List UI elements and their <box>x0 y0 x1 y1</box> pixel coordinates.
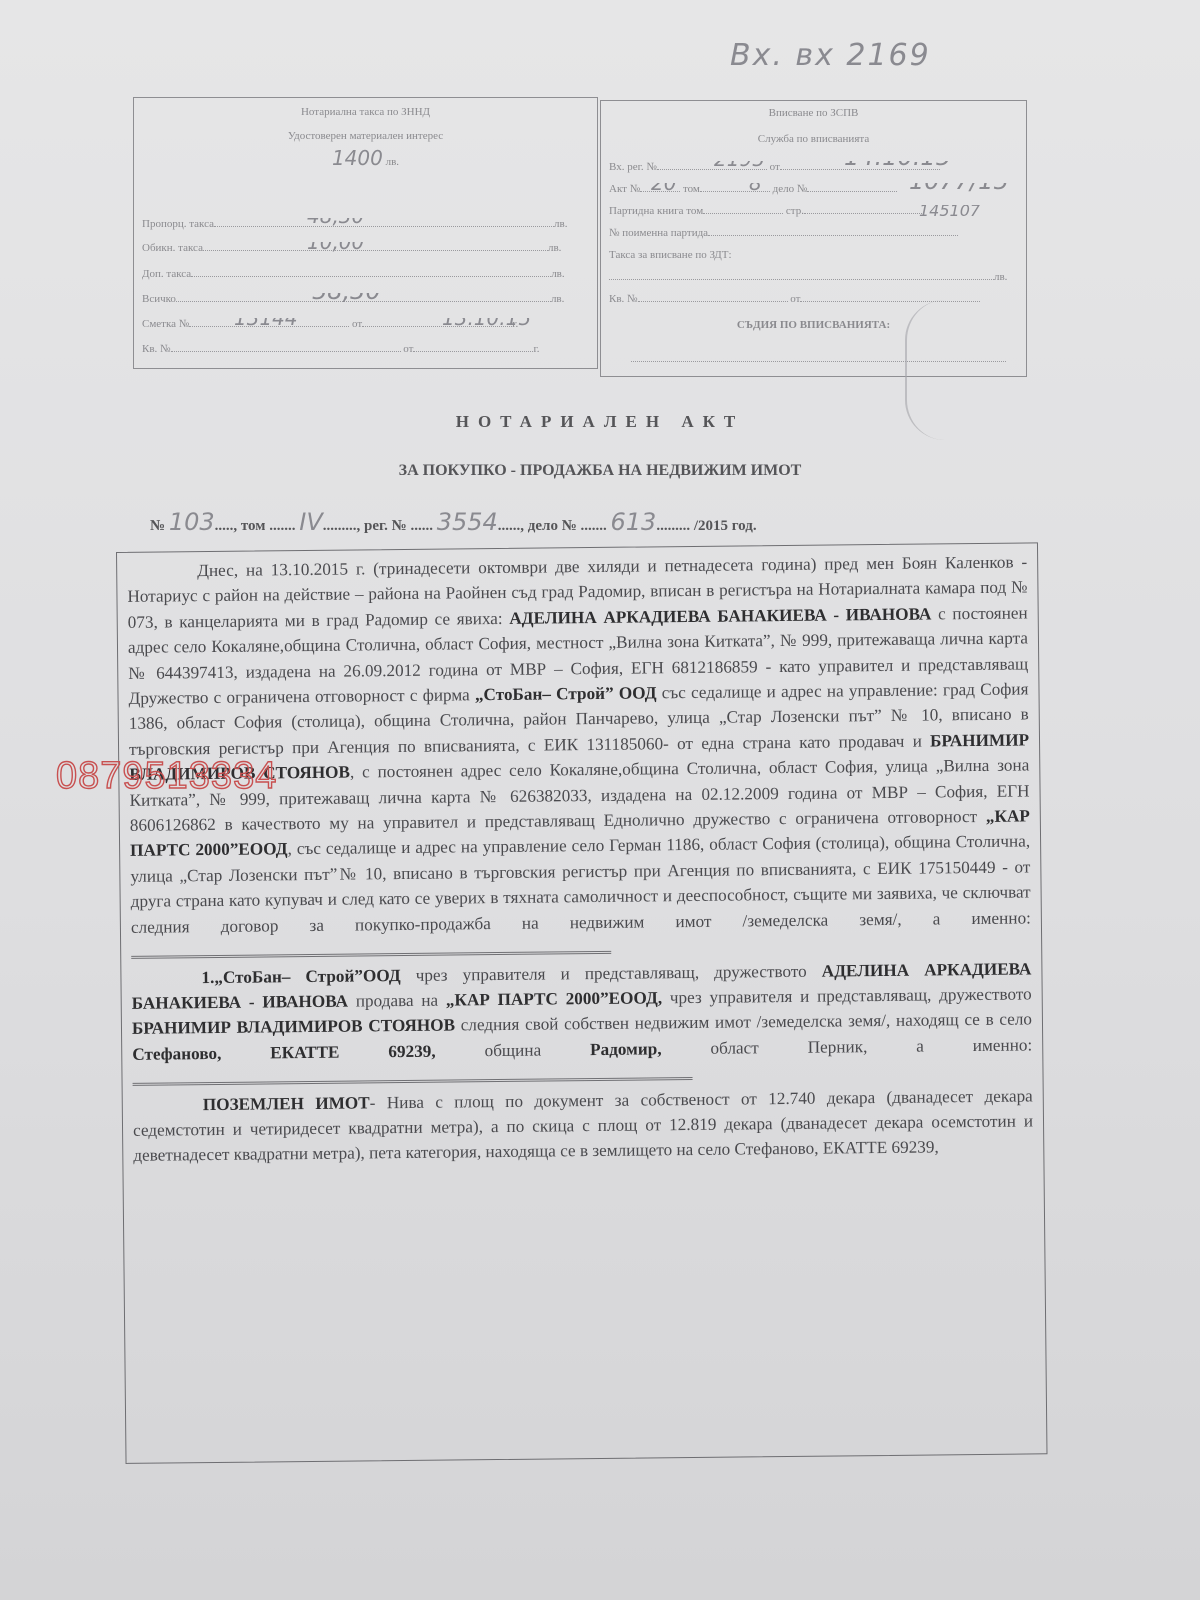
fee-box-title: Нотариална такса по ЗННД <box>134 106 597 118</box>
deed-body-text: Днес, на 13.10.2015 г. (тринадесети окто… <box>127 549 1033 1168</box>
paragraph-property: ПОЗЕМЛЕН ИМОТ- Нива с площ по документ з… <box>133 1083 1034 1169</box>
fee-proportional-value: 48,30 <box>307 218 364 228</box>
registry-box-subtitle: Служба по вписванията <box>601 133 1026 145</box>
act-number: 20 <box>651 183 676 195</box>
registry-row-act: Акт № том дело № 20 8 1077/15 <box>609 183 1018 195</box>
act-no-value: 103 <box>169 508 215 536</box>
registry-row-batch-book: Партидна книга том стр. 145107 <box>609 205 1018 217</box>
fee-row-receipt: Кв. № отг. <box>142 343 589 355</box>
interest-currency: лв. <box>386 156 399 168</box>
incoming-reg-date: 14.10.15 <box>844 161 951 171</box>
registry-row-fee-line: лв. <box>609 271 1018 283</box>
invoice-number: 13144 <box>234 318 298 330</box>
property-heading: ПОЗЕМЛЕН ИМОТ <box>203 1093 370 1114</box>
fee-total-value: 58,30 <box>312 293 381 305</box>
case-number-value: 613 <box>611 508 657 536</box>
fee-row-ordinary: Обикн. таксалв. 10,00 <box>142 242 589 254</box>
fee-row-proportional: Пропорц. таксалв. 48,30 <box>142 218 589 230</box>
fee-box-interest-label: Удостоверен материален интерес <box>134 130 597 142</box>
act-case-number: 1077/15 <box>909 183 1009 195</box>
invoice-date: 13.10.15 <box>442 318 531 330</box>
registry-row-fee: Такса за вписване по ЗДТ: <box>609 249 1018 261</box>
property-village: Стефаново, ЕКАТТЕ 69239, <box>132 1041 436 1063</box>
registry-row-personal-batch: № поименна партида <box>609 227 1018 239</box>
fee-row-additional: Доп. таксалв. <box>142 268 589 280</box>
act-volume: 8 <box>749 183 762 195</box>
document-title: НОТАРИАЛЕН АКТ <box>0 412 1200 432</box>
document-subtitle: ЗА ПОКУПКО - ПРОДАЖБА НА НЕДВИЖИМ ИМОТ <box>0 462 1200 480</box>
batch-book-page: 145107 <box>919 205 980 217</box>
fee-row-invoice: Сметка № отг. 13144 13.10.15 <box>142 318 589 330</box>
seller-representative: АДЕЛИНА АРКАДИЕВА БАНАКИЕВА - ИВАНОВА <box>509 604 931 627</box>
registration-line: № 103....., том ....... IV........., рег… <box>150 508 1010 536</box>
deed-body-frame: Днес, на 13.10.2015 г. (тринадесети окто… <box>116 542 1047 1464</box>
phone-watermark: 0879513334 <box>56 755 277 798</box>
reg-number-value: 3554 <box>437 508 498 536</box>
volume-value: IV <box>299 508 323 536</box>
fee-ordinary-value: 10,00 <box>307 242 364 254</box>
handwritten-incoming-number: Вх. вх 2169 <box>730 38 931 73</box>
seller-company: „СтоБан– Строй” ООД <box>475 683 657 704</box>
incoming-reg-number: 2195 <box>714 161 765 171</box>
fee-row-total: Всичколв. 58,30 <box>142 293 589 305</box>
notary-fee-box: Нотариална такса по ЗННД Удостоверен мат… <box>133 97 598 369</box>
registry-row-incoming: Вх. рег. № от 2195 14.10.15 <box>609 161 1018 173</box>
interest-value: 1400 <box>332 146 383 170</box>
paragraph-clause-1: 1.„СтоБан– Строй”ООД чрез управителя и п… <box>131 956 1032 1092</box>
document-page: Вх. вх 2169 Нотариална такса по ЗННД Удо… <box>0 0 1200 1600</box>
registry-box-title: Вписване по ЗСПВ <box>601 107 1026 119</box>
clause-seller-company: СтоБан– Строй”ООД <box>223 966 401 987</box>
